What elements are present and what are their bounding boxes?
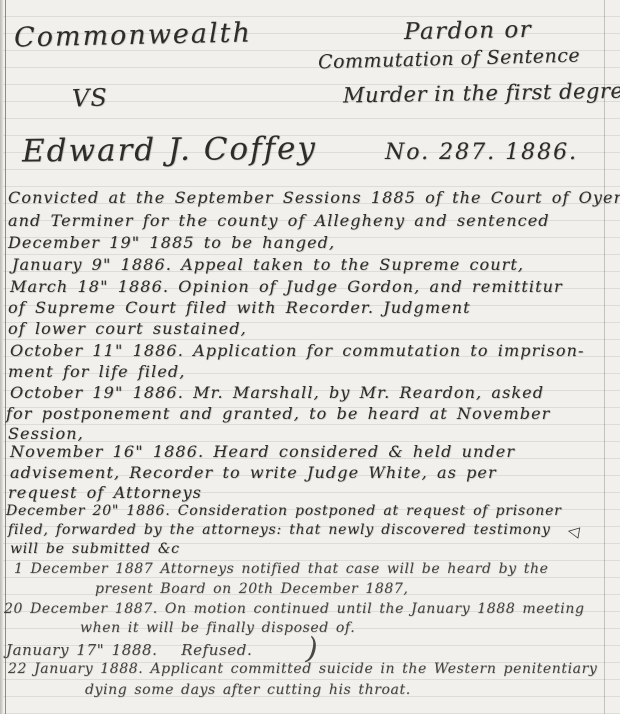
ledger-line: December 20" 1886. Consideration postpon… xyxy=(6,503,562,519)
ledger-line: for postponement and granted, to be hear… xyxy=(6,404,550,423)
ledger-line: filed, forwarded by the attorneys: that … xyxy=(8,522,551,538)
ledger-line: January 9" 1886. Appeal taken to the Sup… xyxy=(12,255,524,274)
ledger-line: 1 December 1887 Attorneys notified that … xyxy=(14,561,548,577)
ledger-line: and Terminer for the county of Allegheny… xyxy=(8,211,550,230)
plaintiff-name: Commonwealth xyxy=(14,18,252,54)
ledger-line: will be submitted &c xyxy=(10,541,180,557)
charge-text: Murder in the first degree xyxy=(343,78,620,107)
ledger-line: present Board on 20th December 1887, xyxy=(95,581,408,597)
ledger-line: November 16" 1886. Heard considered & he… xyxy=(10,442,515,461)
ledger-line: March 18" 1886. Opinion of Judge Gordon,… xyxy=(10,277,563,296)
ledger-line: December 19" 1885 to be hanged, xyxy=(8,233,335,252)
ledger-line: October 11" 1886. Application for commut… xyxy=(10,341,585,360)
versus-label: VS xyxy=(72,83,109,112)
ledger-line: October 19" 1886. Mr. Marshall, by Mr. R… xyxy=(10,383,544,402)
ledger-line: of Supreme Court filed with Recorder. Ju… xyxy=(8,298,471,317)
case-type-line2: Commutation of Sentence xyxy=(318,45,581,74)
ledger-line: 20 December 1887. On motion continued un… xyxy=(4,601,585,617)
ledger-line: advisement, Recorder to write Judge Whit… xyxy=(10,463,497,482)
ledger-line: Session, xyxy=(8,424,84,443)
ledger-line: request of Attorneys xyxy=(8,483,202,502)
ledger-line: January 17" 1888. Refused. xyxy=(6,641,252,659)
right-margin-line xyxy=(604,0,605,714)
ledger-line: ment for life filed, xyxy=(8,362,185,381)
ledger-line: of lower court sustained, xyxy=(8,319,247,338)
page-edge-shadow xyxy=(0,0,3,714)
ledger-line: Convicted at the September Sessions 1885… xyxy=(8,188,620,207)
case-number: No. 287. 1886. xyxy=(385,140,578,165)
ledger-page: Commonwealth Pardon or Commutation of Se… xyxy=(0,0,620,714)
insertion-flag-mark: ◁ xyxy=(567,521,581,541)
defendant-name: Edward J. Coffey xyxy=(22,130,317,169)
ledger-line: dying some days after cutting his throat… xyxy=(85,682,411,698)
case-type-line1: Pardon or xyxy=(404,17,533,45)
